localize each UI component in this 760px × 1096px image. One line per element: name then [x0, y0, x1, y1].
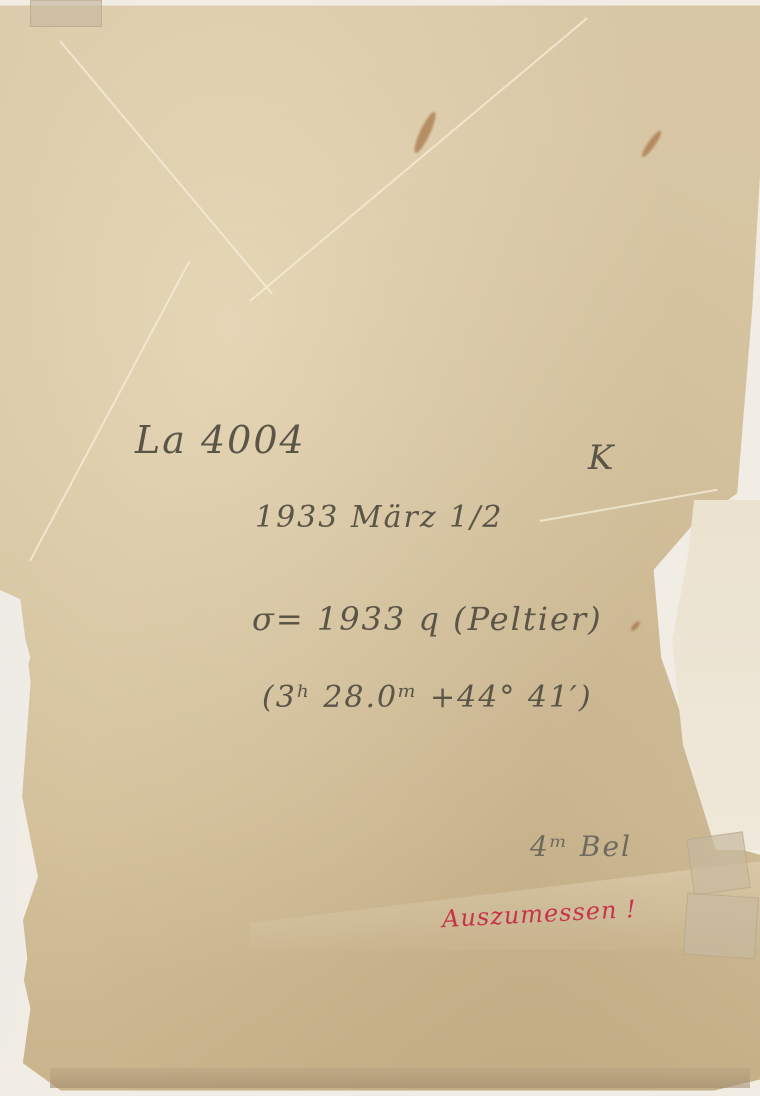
object-id-text: La 4004 — [135, 418, 306, 462]
envelope-bottom-edge — [50, 1068, 750, 1088]
tape-piece-right-upper — [686, 831, 750, 895]
tape-piece-right-lower — [683, 893, 759, 960]
mark-k-text: K — [588, 438, 615, 478]
object-line-text: σ= 1933 q (Peltier) — [252, 600, 603, 638]
lower-note-text: 4ᵐ Bel — [530, 830, 632, 863]
tape-piece-top-left — [30, 0, 102, 27]
coordinates-text: (3ʰ 28.0ᵐ +44° 41′) — [262, 680, 593, 715]
date-text: 1933 März 1/2 — [255, 500, 503, 535]
